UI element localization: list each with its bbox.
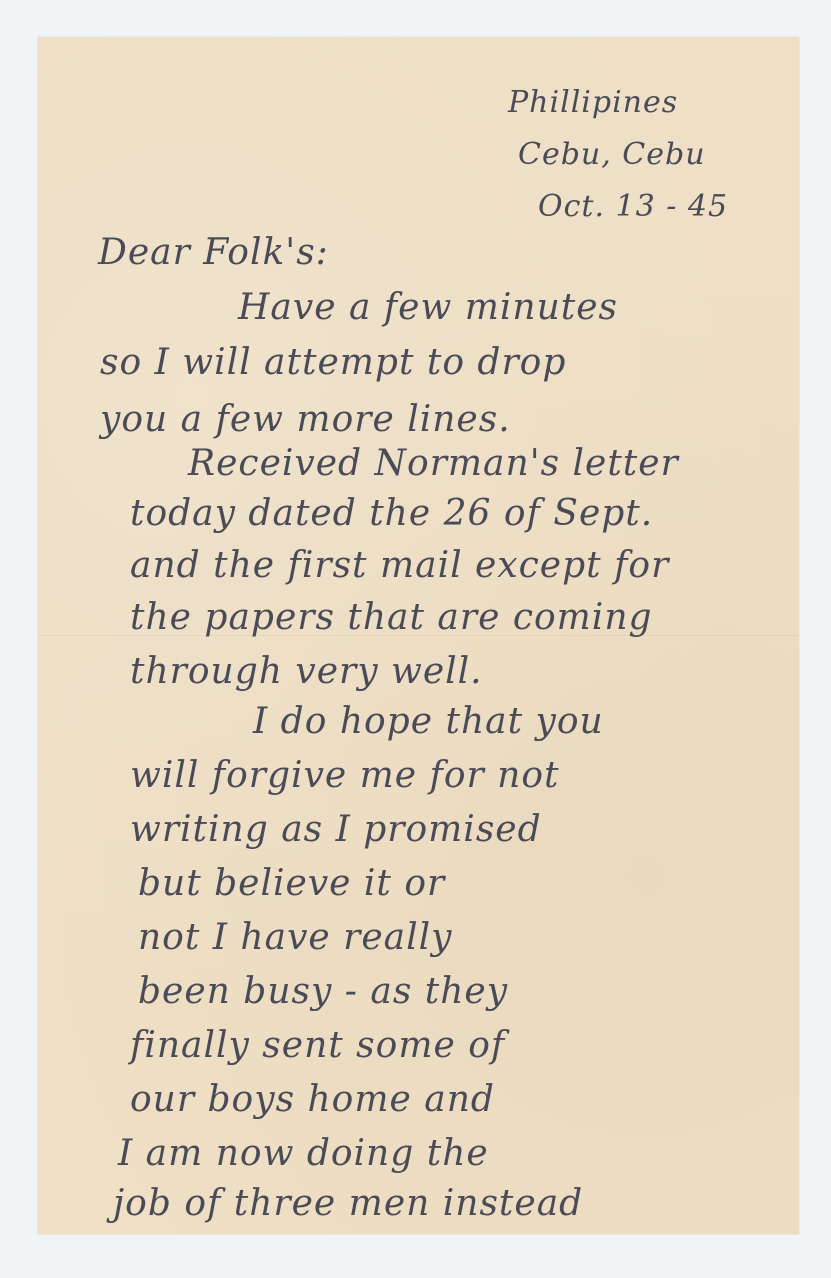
body-line-12: but believe it or xyxy=(138,863,445,904)
letter-paper: Phillipines Cebu, Cebu Oct. 13 - 45 Dear… xyxy=(38,37,799,1234)
body-line-15: finally sent some of xyxy=(130,1025,505,1066)
body-line-9: I do hope that you xyxy=(253,701,604,742)
body-line-17: I am now doing the xyxy=(118,1133,489,1174)
body-line-10: will forgive me for not xyxy=(130,755,560,796)
body-line-16: our boys home and xyxy=(130,1079,495,1120)
body-line-7: the papers that are coming xyxy=(130,597,653,638)
body-line-5: today dated the 26 of Sept. xyxy=(130,493,653,534)
salutation: Dear Folk's: xyxy=(98,232,329,273)
location-line-1: Phillipines xyxy=(508,85,678,120)
body-line-11: writing as I promised xyxy=(130,809,542,850)
body-line-1: Have a few minutes xyxy=(238,287,618,328)
body-line-13: not I have really xyxy=(138,917,453,958)
location-line-2: Cebu, Cebu xyxy=(518,137,706,172)
body-line-8: through very well. xyxy=(130,651,483,692)
body-line-2: so I will attempt to drop xyxy=(100,342,566,383)
body-line-18: job of three men instead xyxy=(113,1183,583,1224)
body-line-14: been busy - as they xyxy=(138,971,508,1012)
body-line-3: you a few more lines. xyxy=(100,399,511,440)
body-line-4: Received Norman's letter xyxy=(188,443,679,484)
body-line-6: and the first mail except for xyxy=(130,545,669,586)
letter-date: Oct. 13 - 45 xyxy=(538,189,728,224)
